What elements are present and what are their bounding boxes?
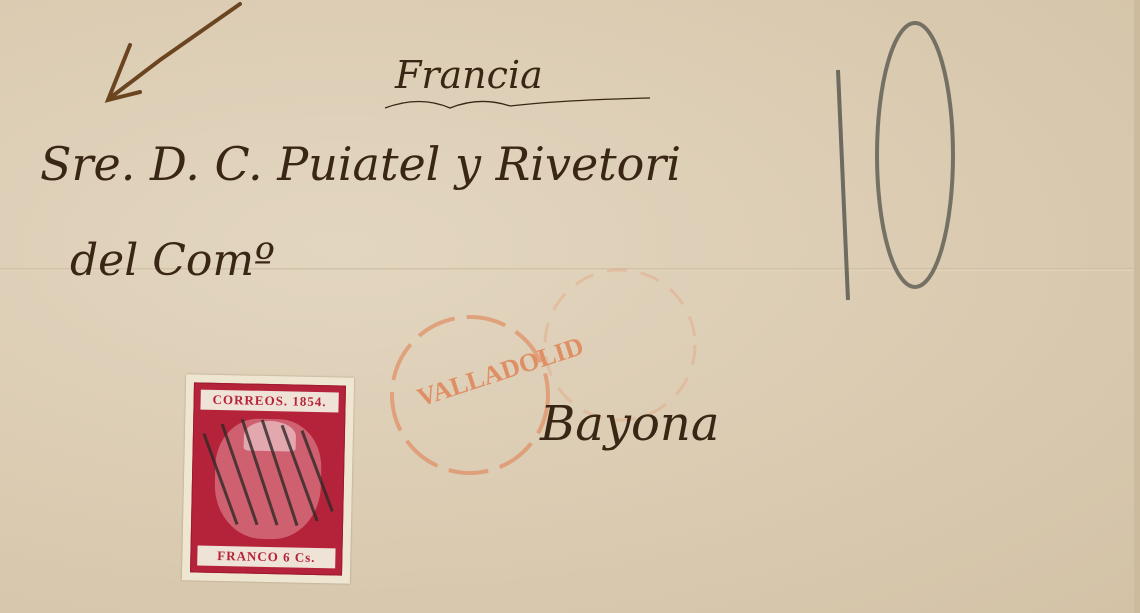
- handwriting-layer: VALLADOLID Francia Sre. D. C. Puiatel y …: [0, 0, 1140, 613]
- address-line-2: del Comº: [70, 235, 275, 286]
- destination: Bayona: [539, 396, 719, 452]
- route-note: Francia: [394, 53, 543, 97]
- grill-cancel-icon: [191, 383, 345, 574]
- postal-cover: VALLADOLID Francia Sre. D. C. Puiatel y …: [0, 0, 1140, 613]
- postage-stamp: CORREOS. 1854. FRANCO 6 Cs.: [182, 374, 354, 583]
- address-line-1: Sre. D. C. Puiatel y Rivetori: [40, 137, 681, 191]
- stamp-design: CORREOS. 1854. FRANCO 6 Cs.: [190, 382, 346, 575]
